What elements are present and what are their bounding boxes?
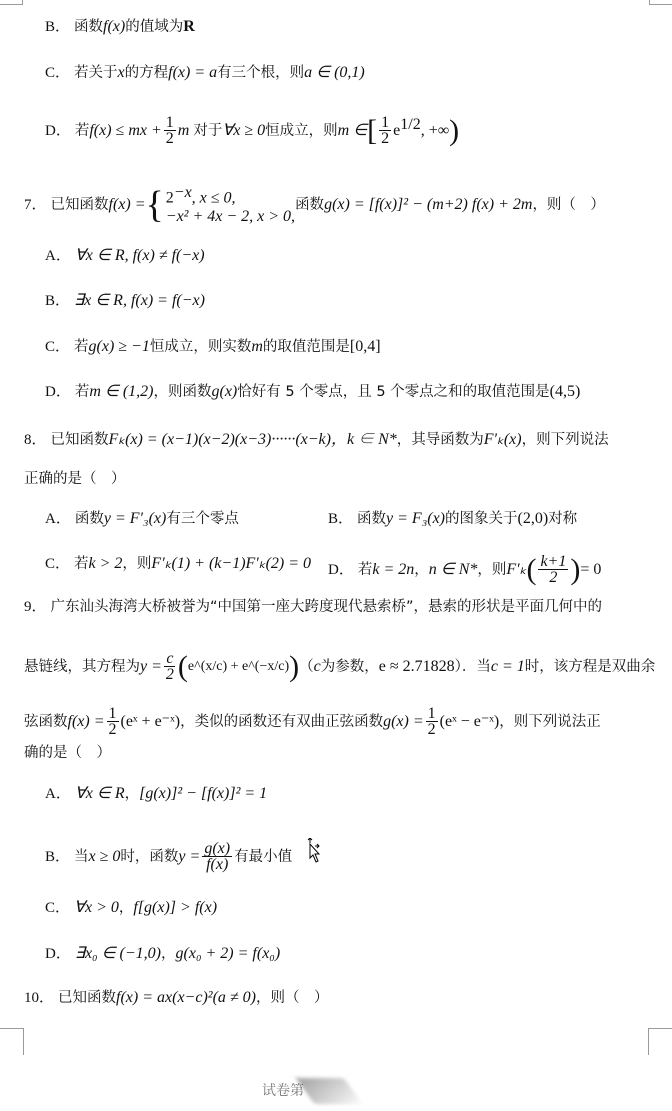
page-corner-mark [648,1028,672,1055]
math: F′ₖ(x) [484,430,522,450]
page-corner-mark [0,1028,24,1055]
text: 悬链线，其方程为 [24,657,140,677]
fraction: 12 [164,115,176,146]
text: 的图象关于 [445,509,518,529]
text: 恒成立，则实数 [150,337,252,357]
numerator: 1 [426,706,438,722]
math: [g(x)]² − [f(x)]² = 1 [139,784,267,804]
text: 若 [358,560,373,580]
case-1: 2−x, x ≤ 0, [166,184,295,208]
math: , x ≤ 0, [192,190,236,207]
text: 已知函数 [58,988,116,1008]
question-number: 10． [24,988,54,1008]
math: m [251,337,263,357]
left-bracket: [ [367,116,377,146]
q9-option-b: B． 当 x ≥ 0 时，函数 y = g(x)f(x) 有最小值 [45,841,292,872]
math: (4,5) [550,382,581,402]
text: 若 [75,382,90,402]
math: y = F₃(x) [386,509,445,529]
q7-option-b: B． ∃x ∈ R, f(x) = f(−x) [45,291,205,311]
option-label: C． [45,337,70,357]
text: 恰好有 5 个零点，且 5 个零点之和的取值范围是 [237,382,549,402]
text: 有三个零点 [166,509,239,529]
math: c [314,657,321,677]
q9-stem-line3: 弦函数 f(x) = 12 (eˣ + e⁻ˣ) ，类似的函数还有双曲正弦函数 … [24,706,601,737]
text: ，则下列说法 [522,430,609,450]
math: F′ₖ [506,560,526,580]
q8-option-b: B． 函数 y = F₃(x) 的图象关于 (2,0) 对称 [328,509,577,529]
text: 若关于 [74,63,118,83]
math: ∀x ∈ R [75,784,125,804]
text: 已知函数 [51,195,109,215]
denominator: 2 [164,667,176,682]
fraction: 12 [426,706,438,737]
option-label: C． [45,554,70,574]
q6-option-d: D． 若 f(x) ≤ mx + 12 m 对于 ∀x ≥ 0 恒成立，则 m … [45,115,459,146]
math: k > 2 [89,554,123,574]
numerator: 1 [379,115,391,131]
q6-option-c: C． 若关于 x 的方程 f(x) = a 有三个根，则 a ∈ (0,1) [45,63,365,83]
math: a ∈ (0,1) [304,63,365,83]
text: 时，函数 [120,847,178,867]
text: 弦函数 [24,712,68,732]
numerator: 1 [107,706,119,722]
text: 广东汕头海湾大桥被誉为“中国第一座大跨度现代悬索桥”，悬索的形状是平面几何中的 [51,597,603,617]
q9-stem-line1: 9． 广东汕头海湾大桥被誉为“中国第一座大跨度现代悬索桥”，悬索的形状是平面几何… [24,597,602,617]
text: 的取值范围是 [263,337,350,357]
text: ，则 [122,554,151,574]
math: f(x) [103,17,125,37]
math: F′ₖ(1) + (k−1)F′ₖ(2) = 0 [151,554,311,574]
text: 对于 [193,121,222,141]
text: 为参数， [321,657,379,677]
left-paren: ( [178,652,188,682]
math: e^(x/c) + e^(−x/c) [188,657,289,677]
option-label: C． [45,898,70,918]
text: 有最小值 [234,847,292,867]
fraction: c2 [164,651,176,682]
right-paren: ) [449,116,459,146]
q9-stem-line4: 确的是（ ） [24,743,111,763]
math: f(x) ≤ mx + [89,121,161,141]
math: n ∈ N* [429,560,478,580]
footer-shadow [296,1078,362,1104]
text: 若 [75,121,90,141]
q9-stem-line2: 悬链线，其方程为 y = c2 ( e^(x/c) + e^(−x/c) ) （… [24,651,655,682]
text: ，则函数 [154,382,212,402]
exponent: 1/2 [400,115,420,135]
numerator: 1 [164,115,176,131]
q8-stem-line2: 正确的是（ ） [24,469,126,489]
q8-option-a: A． 函数 y = F′₃(x) 有三个零点 [45,509,239,529]
text: 当 [74,847,89,867]
text: 函数 [74,17,103,37]
text: 函数 [75,509,104,529]
page-corner-mark [0,0,23,5]
text: 有三个根，则 [217,63,304,83]
text: ，则（ ） [532,195,605,215]
text: ， [119,898,134,918]
q8-stem: 8． 已知函数 Fₖ(x) = (x−1)(x−2)(x−3)······(x−… [24,430,609,450]
text: 若 [74,337,89,357]
text: 对称 [548,509,577,529]
denominator: 2 [379,131,391,146]
fraction: g(x)f(x) [202,841,232,872]
denominator: 2 [426,722,438,737]
math: y = [140,657,162,677]
text: 的值域为 [125,17,183,37]
text: ， [414,560,429,580]
q9-option-a: A． ∀x ∈ R ， [g(x)]² − [f(x)]² = 1 [45,784,267,804]
math: (eˣ + e⁻ˣ) [121,712,181,732]
math: g(x) = [383,712,424,732]
math: m ∈ (1,2) [89,382,153,402]
denominator: 2 [164,131,176,146]
text: ）．当 [455,657,491,677]
text: （ [299,657,314,677]
math: m [178,121,190,141]
math: f(x) = ax(x−c)²(a ≠ 0) [116,988,256,1008]
q8-option-d: D． 若 k = 2n ， n ∈ N* ，则 F′ₖ ( k+12 ) = 0 [328,554,601,585]
page-corner-mark [649,0,672,5]
left-brace: { [146,187,164,223]
text: ，则下列说法正 [499,712,601,732]
numerator: c [164,651,175,667]
text: 时，该方程是双曲余 [525,657,656,677]
question-number: 7． [24,195,47,215]
text: ， [125,784,140,804]
case-2: −x² + 4x − 2, x > 0, [166,208,295,226]
math: R [183,17,195,37]
option-label: D． [45,382,71,402]
option-label: A． [45,246,71,266]
text: ，则 [477,560,506,580]
math: (eˣ − e⁻ˣ) [440,712,500,732]
q7-option-c: C． 若 g(x) ≥ −1 恒成立，则实数 m 的取值范围是 [0,4] [45,337,381,357]
option-label: B． [45,847,70,867]
math: g(x) = [f(x)]² − (m+2) f(x) + 2m [324,195,532,215]
option-label: D． [328,560,354,580]
text: 确的是（ ） [24,743,111,763]
text: 的方程 [125,63,169,83]
q9-option-c: C． ∀x > 0 ， f[g(x)] > f(x) [45,898,217,918]
math: ，k ∈ N* [331,430,397,450]
math: c = 1 [491,657,525,677]
math: x [118,63,125,83]
option-label: A． [45,509,71,529]
math: f[g(x)] > f(x) [133,898,217,918]
math: y = [178,847,200,867]
right-paren: ) [570,555,580,585]
q7-option-d: D． 若 m ∈ (1,2) ，则函数 g(x) 恰好有 5 个零点，且 5 个… [45,382,580,402]
text: 已知函数 [51,430,109,450]
math: f(x) = [68,712,105,732]
text: 若 [74,554,89,574]
option-label: D． [45,121,71,141]
denominator: 2 [547,570,559,585]
math: e [393,121,400,141]
q9-option-d: D． ∃x₀ ∈ (−1,0) ， g(x₀ + 2) = f(x₀) [45,944,280,964]
math: g(x) ≥ −1 [89,337,150,357]
math: ∀x > 0 [74,898,119,918]
denominator: f(x) [204,857,230,872]
left-paren: ( [526,555,536,585]
text: 函数 [295,195,324,215]
math: m ∈ [338,121,368,141]
right-paren: ) [289,652,299,682]
option-label: D． [45,944,71,964]
text: 正确的是（ ） [24,469,126,489]
option-label: A． [45,784,71,804]
denominator: 2 [107,722,119,737]
math: g(x₀ + 2) = f(x₀) [176,944,281,964]
question-number: 8． [24,430,47,450]
text: 恒成立，则 [265,121,338,141]
piecewise-cases: 2−x, x ≤ 0, −x² + 4x − 2, x > 0, [166,184,295,226]
move-cursor-icon [307,838,321,864]
question-number: 9． [24,597,47,617]
math: e ≈ 2.71828 [379,657,455,677]
text: 函数 [357,509,386,529]
math: Fₖ(x) = (x−1)(x−2)(x−3)······(x−k) [109,430,331,450]
q7-stem: 7． 已知函数 f(x) = { 2−x, x ≤ 0, −x² + 4x − … [24,184,605,226]
numerator: k+1 [538,554,568,570]
text: ，其导函数为 [397,430,484,450]
math: f(x) = [109,195,146,215]
math: ∃x ∈ R, f(x) = f(−x) [74,291,205,311]
math: ∃x₀ ∈ (−1,0) [75,944,161,964]
q6-option-b: B． 函数 f(x) 的值域为 R [45,17,195,37]
exponent: −x [174,184,192,201]
q8-option-c: C． 若 k > 2 ，则 F′ₖ(1) + (k−1)F′ₖ(2) = 0 [45,554,311,574]
math: k = 2n [372,560,414,580]
option-label: B． [45,291,70,311]
text: ，则（ ） [256,988,329,1008]
q7-option-a: A． ∀x ∈ R, f(x) ≠ f(−x) [45,246,205,266]
fraction: k+12 [538,554,568,585]
page-footer: 试卷第 [262,1080,304,1100]
math: x ≥ 0 [89,847,121,867]
text: ，类似的函数还有双曲正弦函数 [180,712,383,732]
option-label: B． [328,509,353,529]
math: ∀x ∈ R, f(x) ≠ f(−x) [75,246,205,266]
exam-page: B． 函数 f(x) 的值域为 R C． 若关于 x 的方程 f(x) = a … [0,0,672,1111]
fraction: 12 [379,115,391,146]
numerator: g(x) [202,841,232,857]
math: = 0 [580,560,601,580]
q10-stem: 10． 已知函数 f(x) = ax(x−c)²(a ≠ 0) ，则（ ） [24,988,329,1008]
math: y = F′₃(x) [104,509,167,529]
math: ∀x ≥ 0 [222,121,265,141]
math: (2,0) [518,509,549,529]
fraction: 12 [107,706,119,737]
option-label: B． [45,17,70,37]
math: 2 [166,190,174,207]
math: , +∞ [421,121,449,141]
math: [0,4] [350,337,381,357]
math: g(x) [212,382,238,402]
option-label: C． [45,63,70,83]
math: f(x) = a [168,63,217,83]
text: ， [161,944,176,964]
